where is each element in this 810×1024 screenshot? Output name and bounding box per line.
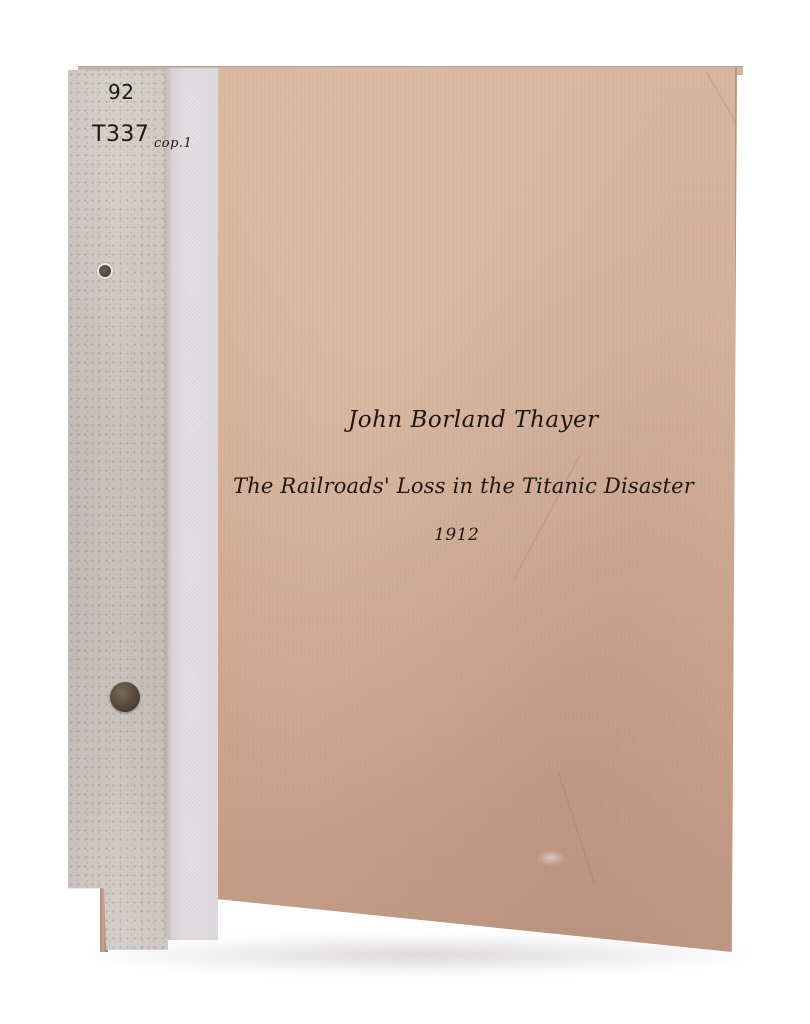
- corner-crease: [706, 72, 737, 124]
- cover-stain: [536, 850, 566, 866]
- document-title: The Railroads' Loss in the Titanic Disas…: [233, 474, 694, 498]
- copy-number: cop.1: [154, 136, 192, 151]
- paper-grain: [216, 68, 737, 952]
- call-number: T337: [92, 122, 149, 147]
- author-name: John Borland Thayer: [348, 407, 599, 433]
- binding-tape-inner: [168, 68, 218, 940]
- tape-weave: [168, 68, 218, 940]
- tape-speckle: [68, 70, 168, 950]
- binding-tape-spine: [68, 70, 168, 950]
- bound-document: 92 T337 cop.1 John Borland Thayer The Ra…: [68, 62, 748, 962]
- spine-fold: [164, 72, 168, 938]
- photo-stage: 92 T337 cop.1 John Borland Thayer The Ra…: [0, 0, 810, 1024]
- binding-hole-icon: [99, 265, 111, 277]
- classification-number: 92: [108, 80, 134, 104]
- front-cover: [216, 68, 737, 952]
- publication-year: 1912: [434, 525, 479, 545]
- brass-fastener-icon: [110, 682, 140, 712]
- cover-crease: [557, 771, 595, 885]
